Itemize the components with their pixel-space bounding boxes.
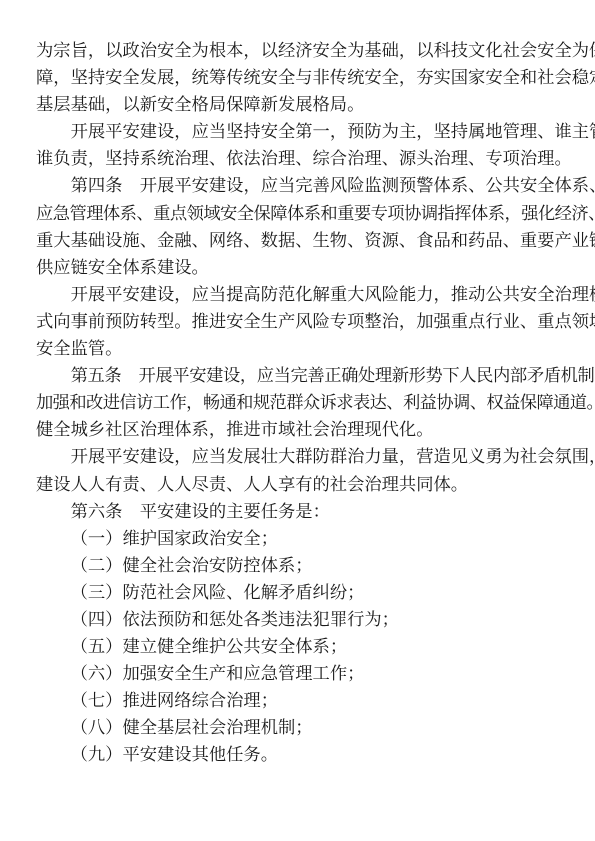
- list-marker: （三）: [71, 583, 123, 603]
- text-line: 开展平安建设，应当完善风险监测预警体系、公共安全体系、: [140, 176, 595, 196]
- text-line: 式向事前预防转型。推进安全生产风险专项整治，加强重点行业、重点领域: [36, 309, 559, 336]
- paragraph-article-6: 第六条平安建设的主要任务是：: [36, 499, 559, 526]
- list-item: （九）平安建设其他任务。: [36, 742, 559, 769]
- text-line: 供应链安全体系建设。: [36, 255, 559, 282]
- list-item: （六）加强安全生产和应急管理工作；: [36, 661, 559, 688]
- text-line: 平安建设的主要任务是：: [140, 502, 330, 522]
- text-line: 应急管理体系、重点领域安全保障体系和重要专项协调指挥体系，强化经济、: [36, 201, 559, 228]
- list-text: 健全基层社会治理机制；: [122, 718, 312, 738]
- paragraph-article-5: 第五条开展平安建设，应当完善正确处理新形势下人民内部矛盾机制， 加强和改进信访工…: [36, 363, 559, 444]
- paragraph-continuation: 为宗旨，以政治安全为根本，以经济安全为基础，以科技文化社会安全为保 障，坚持安全…: [36, 38, 559, 119]
- list-text: 加强安全生产和应急管理工作；: [122, 664, 364, 684]
- list-item: （二）健全社会治安防控体系；: [36, 553, 559, 580]
- task-list: （一）维护国家政治安全； （二）健全社会治安防控体系； （三）防范社会风险、化解…: [36, 526, 559, 770]
- text-line: 加强和改进信访工作，畅通和规范群众诉求表达、利益协调、权益保障通道。: [36, 390, 559, 417]
- list-item: （一）维护国家政治安全；: [36, 526, 559, 553]
- list-text: 推进网络综合治理；: [122, 691, 278, 711]
- list-text: 建立健全维护公共安全体系；: [122, 637, 347, 657]
- text-line: 开展平安建设，应当完善正确处理新形势下人民内部矛盾机制，: [139, 366, 595, 386]
- paragraph-mass-prevention: 开展平安建设，应当发展壮大群防群治力量，营造见义勇为社会氛围， 建设人人有责、人…: [36, 444, 559, 498]
- text-line: 开展平安建设，应当提高防范化解重大风险能力，推动公共安全治理模: [36, 282, 559, 309]
- text-line: 安全监管。: [36, 336, 559, 363]
- list-marker: （五）: [71, 637, 123, 657]
- article-number: 第六条: [71, 502, 123, 522]
- text-line: 开展平安建设，应当发展壮大群防群治力量，营造见义勇为社会氛围，: [36, 444, 559, 471]
- list-item: （七）推进网络综合治理；: [36, 688, 559, 715]
- list-text: 健全社会治安防控体系；: [122, 556, 312, 576]
- paragraph-article-4: 第四条开展平安建设，应当完善风险监测预警体系、公共安全体系、 应急管理体系、重点…: [36, 173, 559, 281]
- list-marker: （二）: [71, 556, 123, 576]
- list-item: （五）建立健全维护公共安全体系；: [36, 634, 559, 661]
- list-item: （八）健全基层社会治理机制；: [36, 715, 559, 742]
- text-line: 重大基础设施、金融、网络、数据、生物、资源、食品和药品、重要产业链: [36, 228, 559, 255]
- list-text: 防范社会风险、化解矛盾纠纷；: [122, 583, 364, 603]
- text-line: 为宗旨，以政治安全为根本，以经济安全为基础，以科技文化社会安全为保: [36, 38, 559, 65]
- list-text: 维护国家政治安全；: [122, 529, 278, 549]
- text-line: 障，坚持安全发展，统筹传统安全与非传统安全，夯实国家安全和社会稳定: [36, 65, 559, 92]
- text-line: 建设人人有责、人人尽责、人人享有的社会治理共同体。: [36, 472, 559, 499]
- article-number: 第五条: [71, 366, 122, 386]
- paragraph-principles: 开展平安建设，应当坚持安全第一，预防为主，坚持属地管理、谁主管 谁负责，坚持系统…: [36, 119, 559, 173]
- list-marker: （六）: [71, 664, 123, 684]
- list-marker: （九）: [71, 745, 123, 765]
- list-marker: （四）: [71, 610, 123, 630]
- text-line: 健全城乡社区治理体系，推进市域社会治理现代化。: [36, 417, 559, 444]
- document-page: 为宗旨，以政治安全为根本，以经济安全为基础，以科技文化社会安全为保 障，坚持安全…: [36, 38, 559, 770]
- paragraph-risk: 开展平安建设，应当提高防范化解重大风险能力，推动公共安全治理模 式向事前预防转型…: [36, 282, 559, 363]
- text-line: 谁负责，坚持系统治理、依法治理、综合治理、源头治理、专项治理。: [36, 146, 559, 173]
- article-number: 第四条: [71, 176, 123, 196]
- list-text: 依法预防和惩处各类违法犯罪行为；: [122, 610, 399, 630]
- text-line: 基层基础，以新安全格局保障新发展格局。: [36, 92, 559, 119]
- list-item: （三）防范社会风险、化解矛盾纠纷；: [36, 580, 559, 607]
- list-text: 平安建设其他任务。: [122, 745, 278, 765]
- list-marker: （八）: [71, 718, 123, 738]
- text-line: 开展平安建设，应当坚持安全第一，预防为主，坚持属地管理、谁主管: [36, 119, 559, 146]
- list-item: （四）依法预防和惩处各类违法犯罪行为；: [36, 607, 559, 634]
- list-marker: （七）: [71, 691, 123, 711]
- list-marker: （一）: [71, 529, 123, 549]
